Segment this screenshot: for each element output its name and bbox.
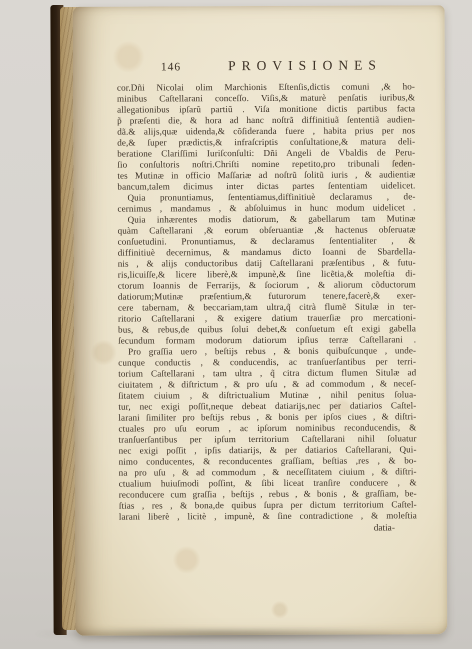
page-number: 146 bbox=[161, 61, 181, 73]
book: 146 PROVISIONES cor.Dñi Nicolai olim Mar… bbox=[52, 5, 448, 641]
photo-backdrop: 146 PROVISIONES cor.Dñi Nicolai olim Mar… bbox=[0, 0, 472, 649]
catchword: datia- bbox=[119, 522, 417, 535]
paragraph: cor.Dñi Nicolai olim Marchionis Eſtenſis… bbox=[117, 81, 415, 192]
book-page: 146 PROVISIONES cor.Dñi Nicolai olim Mar… bbox=[73, 5, 448, 636]
book-shadow bbox=[30, 629, 410, 641]
running-header: 146 PROVISIONES bbox=[117, 57, 415, 76]
paragraph: Quia inhærentes modis datiorum, & gabell… bbox=[118, 213, 417, 346]
running-title: PROVISIONES bbox=[181, 57, 415, 74]
text-block: 146 PROVISIONES cor.Dñi Nicolai olim Mar… bbox=[117, 57, 417, 535]
paragraph: Quia pronuntiamus, ſententiamus,diffinit… bbox=[117, 191, 415, 214]
text-line: larani liberè , licitè , impunè, & ſine … bbox=[119, 510, 417, 522]
body-text: cor.Dñi Nicolai olim Marchionis Eſtenſis… bbox=[117, 81, 417, 522]
paragraph: Pro graſſia uero , beſtijs rebus , & bon… bbox=[118, 345, 417, 522]
